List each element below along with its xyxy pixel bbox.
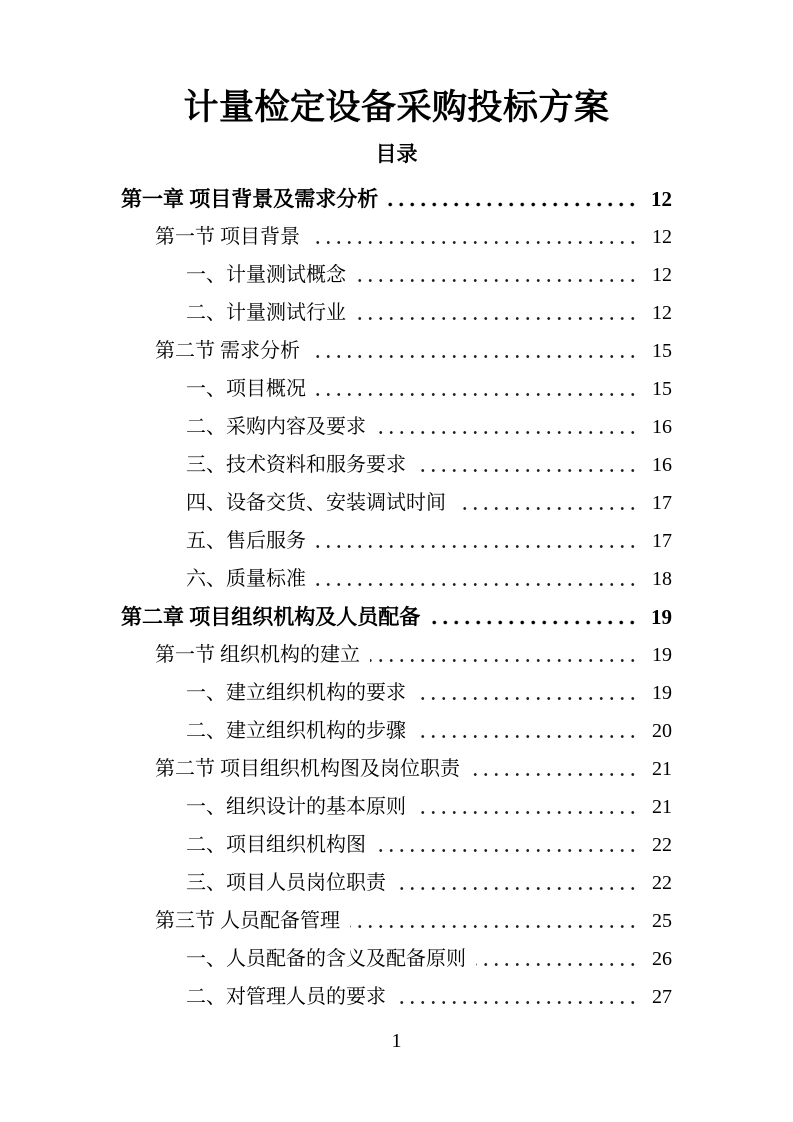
dot-leader (356, 256, 638, 294)
toc-entry-label: 三、项目人员岗位职责 (186, 864, 386, 902)
toc-entry: 四、设备交货、安装调试时间 17 (121, 484, 672, 522)
toc-entry: 一、项目概况 15 (121, 370, 672, 408)
dot-leader (316, 560, 638, 598)
toc-entry-page: 17 (646, 522, 672, 560)
toc-entry-label: 三、技术资料和服务要求 (186, 446, 406, 484)
toc-entry-label: 一、项目概况 (186, 370, 306, 408)
toc-entry: 一、人员配备的含义及配备原则 26 (121, 940, 672, 978)
toc-entry: 六、质量标准 18 (121, 560, 672, 598)
dot-leader (310, 332, 638, 370)
toc-entry-label: 一、计量测试概念 (186, 256, 346, 294)
toc-entry: 一、组织设计的基本原则 21 (121, 788, 672, 826)
dot-leader (316, 522, 638, 560)
toc-entry-page: 26 (646, 940, 672, 978)
toc-entry: 第一章 项目背景及需求分析 12 (121, 180, 672, 218)
toc-entry: 第一节 项目背景 12 (121, 218, 672, 256)
footer-page-number: 1 (0, 1029, 793, 1053)
toc-entry-label: 二、对管理人员的要求 (186, 978, 386, 1016)
toc-entry-label: 四、设备交货、安装调试时间 (186, 484, 446, 522)
toc-entry-page: 16 (646, 446, 672, 484)
dot-leader (316, 370, 638, 408)
toc-entry-page: 17 (646, 484, 672, 522)
toc-entry: 二、项目组织机构图 22 (121, 826, 672, 864)
toc-entry-label: 一、人员配备的含义及配备原则 (186, 940, 466, 978)
toc-entry-label: 二、建立组织机构的步骤 (186, 712, 406, 750)
toc-entry-label: 二、采购内容及要求 (186, 408, 366, 446)
table-of-contents: 第一章 项目背景及需求分析 12 第一节 项目背景 12 一、计量测试概念 12… (121, 180, 672, 1016)
toc-entry-label: 第一节 组织机构的建立 (155, 636, 360, 674)
toc-entry-page: 15 (646, 370, 672, 408)
toc-entry-label: 二、计量测试行业 (186, 294, 346, 332)
toc-entry-page: 21 (646, 750, 672, 788)
dot-leader (356, 294, 638, 332)
dot-leader (350, 902, 638, 940)
toc-entry: 第二节 需求分析 15 (121, 332, 672, 370)
dot-leader (388, 180, 638, 218)
dot-leader (416, 446, 638, 484)
dot-leader (376, 826, 638, 864)
toc-entry-page: 19 (646, 598, 672, 636)
toc-entry-page: 25 (646, 902, 672, 940)
toc-entry-label: 第一章 项目背景及需求分析 (121, 180, 378, 218)
toc-entry: 一、计量测试概念 12 (121, 256, 672, 294)
toc-heading: 目录 (0, 138, 793, 170)
toc-entry-label: 一、建立组织机构的要求 (186, 674, 406, 712)
toc-entry: 三、项目人员岗位职责 22 (121, 864, 672, 902)
dot-leader (470, 750, 638, 788)
toc-entry-label: 五、售后服务 (186, 522, 306, 560)
toc-entry: 二、建立组织机构的步骤 20 (121, 712, 672, 750)
toc-entry-label: 第二章 项目组织机构及人员配备 (121, 598, 420, 636)
toc-entry: 三、技术资料和服务要求 16 (121, 446, 672, 484)
dot-leader (416, 712, 638, 750)
toc-entry-label: 第二节 需求分析 (155, 332, 300, 370)
dot-leader (370, 636, 638, 674)
toc-entry: 二、采购内容及要求 16 (121, 408, 672, 446)
toc-entry-page: 19 (646, 636, 672, 674)
toc-entry: 第三节 人员配备管理 25 (121, 902, 672, 940)
toc-entry-page: 12 (646, 180, 672, 218)
toc-entry-page: 12 (646, 294, 672, 332)
toc-entry: 一、建立组织机构的要求 19 (121, 674, 672, 712)
dot-leader (396, 864, 638, 902)
toc-entry-page: 12 (646, 256, 672, 294)
toc-entry: 二、对管理人员的要求 27 (121, 978, 672, 1016)
dot-leader (456, 484, 638, 522)
toc-entry: 第二章 项目组织机构及人员配备 19 (121, 598, 672, 636)
dot-leader (376, 408, 638, 446)
toc-entry-page: 12 (646, 218, 672, 256)
toc-entry-label: 六、质量标准 (186, 560, 306, 598)
dot-leader (310, 218, 638, 256)
dot-leader (416, 674, 638, 712)
toc-entry-page: 20 (646, 712, 672, 750)
toc-entry-page: 22 (646, 826, 672, 864)
toc-entry: 五、售后服务 17 (121, 522, 672, 560)
toc-entry-page: 19 (646, 674, 672, 712)
dot-leader (476, 940, 638, 978)
document-page: 计量检定设备采购投标方案 目录 第一章 项目背景及需求分析 12 第一节 项目背… (0, 0, 793, 1122)
toc-entry-label: 二、项目组织机构图 (186, 826, 366, 864)
toc-entry-page: 21 (646, 788, 672, 826)
toc-entry-page: 27 (646, 978, 672, 1016)
toc-entry-label: 第二节 项目组织机构图及岗位职责 (155, 750, 460, 788)
toc-entry-page: 15 (646, 332, 672, 370)
toc-entry-label: 第三节 人员配备管理 (155, 902, 340, 940)
toc-entry: 第一节 组织机构的建立 19 (121, 636, 672, 674)
toc-entry-page: 22 (646, 864, 672, 902)
toc-entry: 第二节 项目组织机构图及岗位职责 21 (121, 750, 672, 788)
toc-entry-label: 一、组织设计的基本原则 (186, 788, 406, 826)
dot-leader (396, 978, 638, 1016)
toc-entry: 二、计量测试行业 12 (121, 294, 672, 332)
toc-entry-page: 18 (646, 560, 672, 598)
dot-leader (416, 788, 638, 826)
toc-entry-label: 第一节 项目背景 (155, 218, 300, 256)
toc-entry-page: 16 (646, 408, 672, 446)
dot-leader (430, 598, 638, 636)
document-title: 计量检定设备采购投标方案 (0, 0, 793, 130)
